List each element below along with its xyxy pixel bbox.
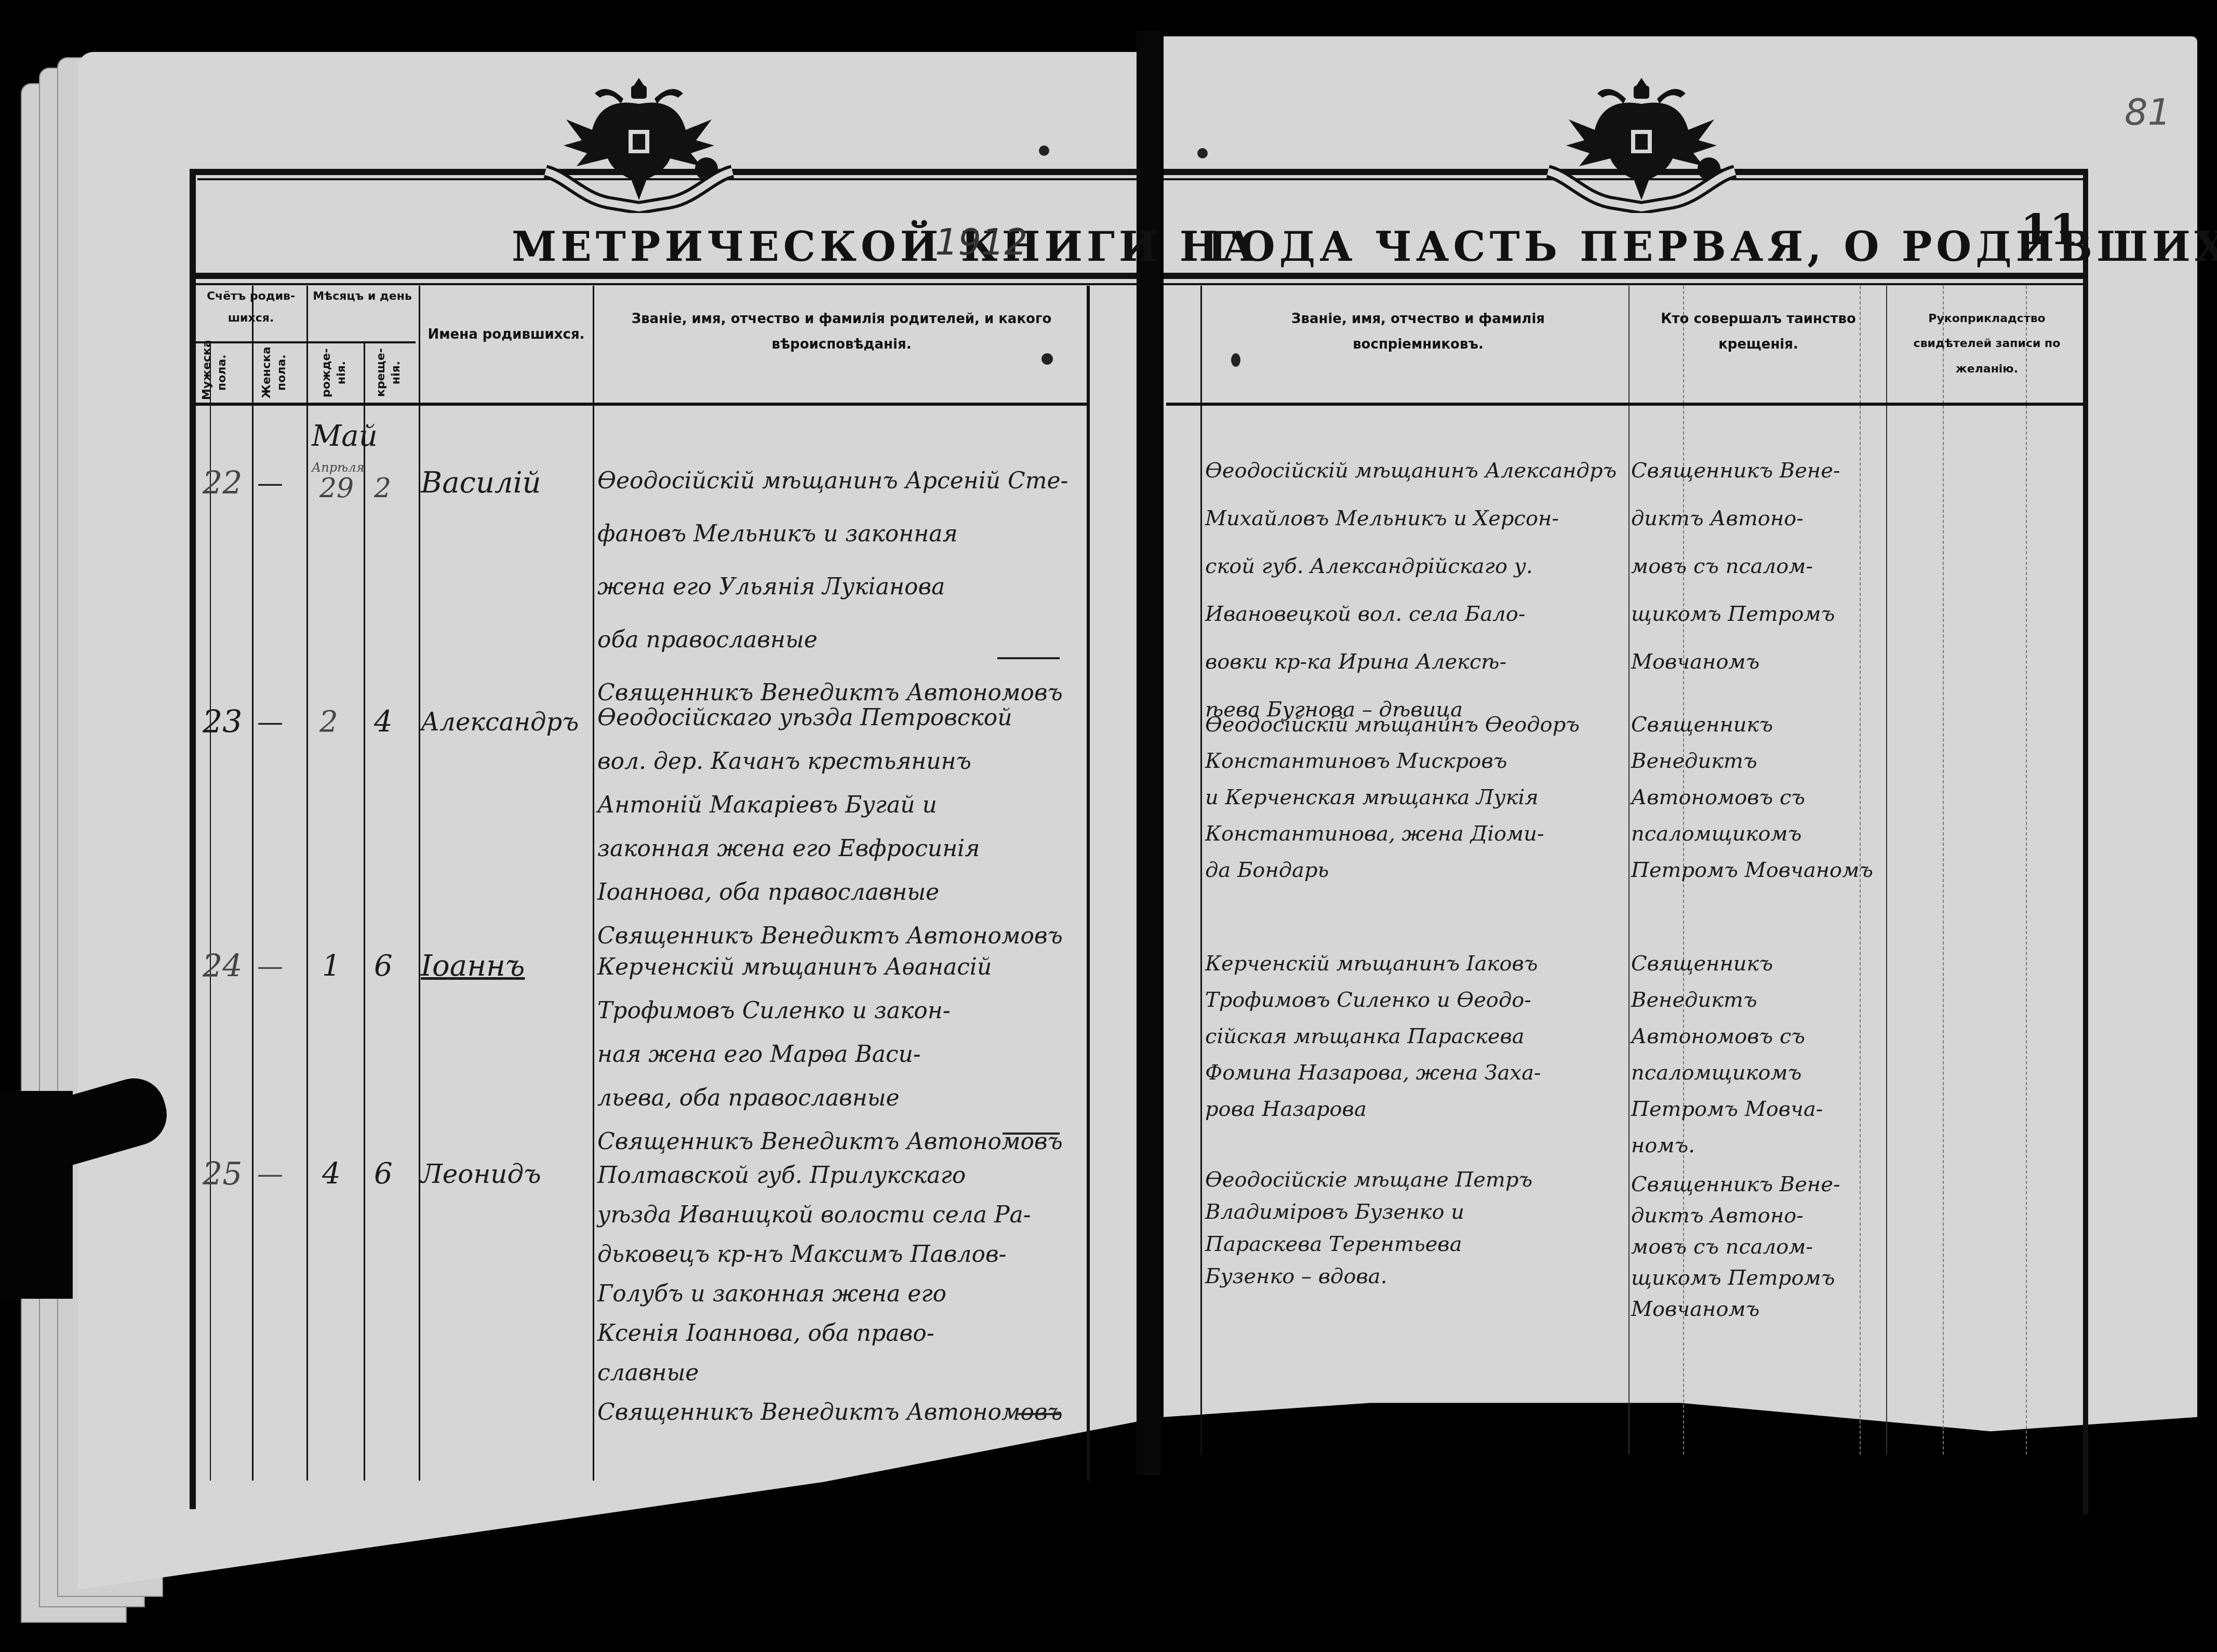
col-divider	[1200, 286, 1202, 1455]
entry-godparents: Ѳеодосійскій мѣщанинъ Ѳеодоръ Константин…	[1205, 707, 1631, 888]
entry-male-number: 25	[203, 1148, 242, 1200]
header-count: Счётъ родив-шихся.	[196, 286, 305, 329]
imperial-eagle-emblem-icon	[1538, 68, 1745, 213]
header-baptism-day: креще-нія.	[374, 345, 404, 400]
faint-guide-line	[2026, 286, 2027, 1455]
right-header-bottom-rule	[1166, 403, 2086, 406]
entry-officiant: Священникъ Венедиктъ Автономовъ съ псало…	[1631, 945, 1886, 1164]
right-header-top-rule	[1164, 273, 2088, 279]
entry-child-name: Леонидъ	[421, 1148, 541, 1200]
entry-birth-day: 2	[319, 696, 338, 748]
col-divider	[1886, 286, 1887, 1455]
header-officiant: Кто совершалъ таинство крещенія.	[1634, 307, 1883, 358]
entry-male-number: 22	[203, 457, 242, 509]
header-month-day: Мѣсяцъ и день	[309, 286, 416, 308]
binding-hole	[1197, 148, 1208, 158]
header-female: Женска пола.	[260, 345, 289, 400]
entry-baptism-day: 4	[374, 696, 393, 748]
col-divider	[252, 286, 253, 1481]
left-header-top-rule-thin	[190, 283, 1140, 285]
subheader-rule	[192, 341, 416, 343]
entry-officiant: Священникъ Вене- диктъ Автоно- мовъ съ п…	[1631, 1169, 1886, 1325]
entry-birth-day: 29	[319, 462, 354, 514]
header-names: Имена родившихся.	[422, 322, 591, 348]
col-divider	[419, 286, 420, 1481]
col-divider-sub	[210, 343, 211, 1481]
entry-separator	[1003, 1133, 1060, 1135]
col-divider	[593, 286, 594, 1481]
entry-parents: Ѳеодосійскаго уѣзда Петровской вол. дер.…	[597, 696, 1091, 958]
entry-parents: Полтавской губ. Прилукскаго уѣзда Иваниц…	[597, 1156, 1091, 1432]
entry-female-number: —	[257, 457, 283, 509]
archive-folio-number: 81	[2125, 91, 2171, 134]
faint-guide-line	[1943, 286, 1944, 1455]
header-parents: Званіе, имя, отчество и фамилія родителе…	[603, 307, 1080, 358]
entry-separator	[997, 657, 1060, 659]
entry-male-number: 24	[203, 940, 242, 992]
header-male: Мужеска пола.	[200, 345, 230, 400]
entry-parents: Ѳеодосійскій мѣщанинъ Арсеній Сте- фанов…	[597, 455, 1091, 720]
entry-officiant: Священникъ Вене- диктъ Автоно- мовъ съ п…	[1631, 447, 1886, 686]
entry-godparents: Ѳеодосійскіе мѣщане Петръ Владиміровъ Бу…	[1205, 1164, 1631, 1293]
entry-child-name: Александръ	[421, 696, 579, 748]
entry-birth-day: 4	[322, 1148, 341, 1200]
page-number: 11	[2021, 205, 2078, 254]
entry-male-number: 23	[203, 696, 242, 748]
handwritten-year: 1912	[935, 221, 1027, 263]
left-header-top-rule	[190, 273, 1140, 279]
left-page-title: МЕТРИЧЕСКОЙ КНИГИ НА	[512, 223, 1259, 271]
entry-female-number: —	[257, 940, 283, 992]
left-header-bottom-rule	[192, 403, 1088, 406]
header-godparents: Званіе, имя, отчество и фамилія воспріем…	[1236, 307, 1600, 358]
entry-child-name: Василій	[421, 457, 541, 509]
entry-parents: Керченскій мѣщанинъ Аѳанасій Трофимовъ С…	[597, 945, 1091, 1164]
entry-child-name: Іоаннъ	[421, 940, 525, 992]
entry-female-number: —	[257, 1148, 283, 1200]
header-birth-day: рожде-нія.	[319, 345, 349, 400]
left-frame-border	[190, 169, 196, 1509]
binding-hole	[1041, 353, 1053, 365]
entry-godparents: Ѳеодосійскій мѣщанинъ Александръ Михайло…	[1205, 447, 1631, 734]
binding-hole	[1231, 353, 1240, 367]
entry-birth-day: 1	[322, 940, 341, 992]
right-header-top-rule-thin	[1164, 283, 2088, 285]
entry-separator	[1018, 1413, 1060, 1415]
right-frame-border	[2083, 169, 2088, 1514]
header-witnesses: Рукоприкладство свидѣтелей записи по жел…	[1891, 307, 2083, 382]
imperial-eagle-emblem-icon	[535, 68, 743, 213]
entry-baptism-day: 2	[374, 462, 391, 514]
binding-hole	[1039, 145, 1049, 156]
entry-female-number: —	[257, 696, 283, 748]
entry-baptism-day: 6	[374, 1148, 393, 1200]
entry-godparents: Керченскій мѣщанинъ Іаковъ Трофимовъ Сил…	[1205, 945, 1631, 1127]
col-divider	[306, 286, 308, 1481]
col-divider	[364, 343, 365, 1481]
entry-baptism-day: 6	[374, 940, 393, 992]
entry-officiant: Священникъ Венедиктъ Автономовъ съ псало…	[1631, 707, 1886, 888]
